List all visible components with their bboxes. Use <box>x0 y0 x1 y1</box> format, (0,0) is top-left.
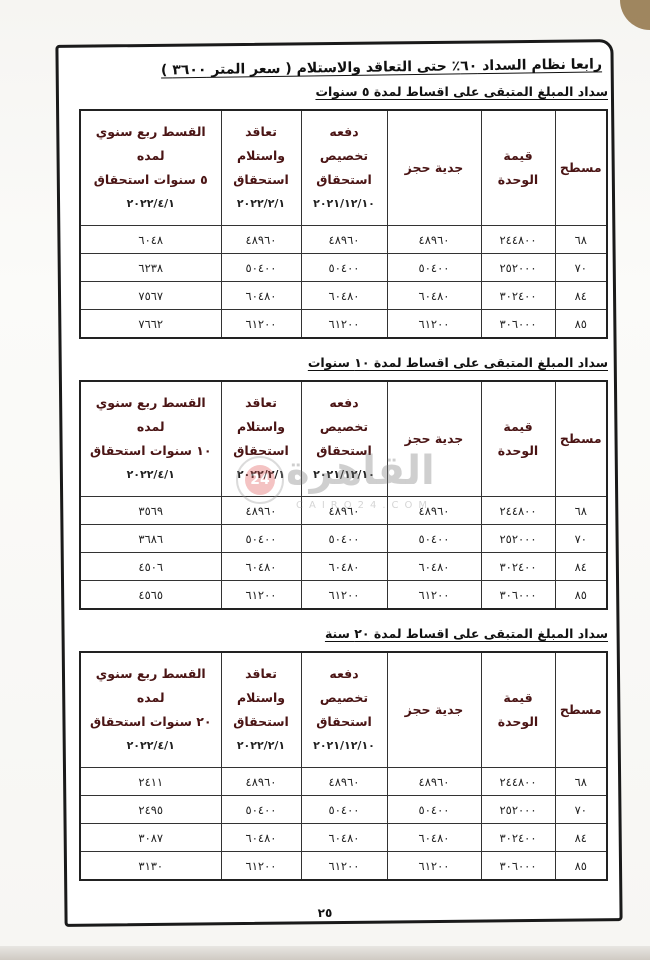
header-contract-label: تعاقد واستلام استحقاق <box>226 391 297 463</box>
cell-reservation: ٤٨٩٦٠ <box>387 226 481 254</box>
cell-unit-value: ٢٥٢٠٠٠ <box>481 525 555 553</box>
cell-area: ٨٥ <box>555 852 607 881</box>
cell-area: ٦٨ <box>555 768 607 796</box>
cell-allocation: ٤٨٩٦٠ <box>301 768 387 796</box>
page-corner-decoration <box>620 0 650 30</box>
section-title-5-years: سداد المبلغ المتبقى على اقساط لمدة ٥ سنو… <box>80 84 608 99</box>
cell-reservation: ٥٠٤٠٠ <box>387 525 481 553</box>
cell-unit-value: ٢٥٢٠٠٠ <box>481 796 555 824</box>
cell-installment: ٧٥٦٧ <box>80 282 221 310</box>
cell-reservation: ٦٠٤٨٠ <box>387 553 481 581</box>
cell-unit-value: ٢٥٢٠٠٠ <box>481 254 555 282</box>
cell-unit-value: ٢٤٤٨٠٠ <box>481 226 555 254</box>
header-installment: القسط ربع سنوي لمده٥ سنوات استحقاق٢٠٢٢/٤… <box>80 110 221 226</box>
header-contract-date: ٢٠٢٢/٢/١ <box>226 463 297 487</box>
cell-contract: ٥٠٤٠٠ <box>221 254 301 282</box>
header-installment-prefix: القسط ربع سنوي لمده <box>85 662 217 710</box>
header-area: مسطح <box>555 381 607 497</box>
cell-area: ٧٠ <box>555 254 607 282</box>
cell-installment: ٢٤٩٥ <box>80 796 221 824</box>
cell-allocation: ٦٠٤٨٠ <box>301 282 387 310</box>
cell-allocation: ٥٠٤٠٠ <box>301 254 387 282</box>
cell-contract: ٤٨٩٦٠ <box>221 497 301 525</box>
cell-contract: ٦١٢٠٠ <box>221 310 301 339</box>
cell-contract: ٤٨٩٦٠ <box>221 226 301 254</box>
header-unit-value: قيمة الوحدة <box>481 652 555 768</box>
cell-allocation: ٦١٢٠٠ <box>301 581 387 610</box>
page-bottom-edge <box>0 946 650 960</box>
cell-installment: ٣٠٨٧ <box>80 824 221 852</box>
table-header-row: مسطح قيمة الوحدة جدية حجز دفعه تخصيص است… <box>80 381 607 497</box>
cell-allocation: ٦٠٤٨٠ <box>301 553 387 581</box>
cell-area: ٨٤ <box>555 553 607 581</box>
cell-contract: ٦٠٤٨٠ <box>221 553 301 581</box>
cell-installment: ٣٦٨٦ <box>80 525 221 553</box>
cell-installment: ٦٠٤٨ <box>80 226 221 254</box>
cell-area: ٦٨ <box>555 226 607 254</box>
page-number: ٢٥ <box>0 906 650 920</box>
header-allocation: دفعه تخصيص استحقاق٢٠٢١/١٢/١٠ <box>301 381 387 497</box>
header-installment-period: ٥ سنوات استحقاق <box>85 168 217 192</box>
table-header-row: مسطح قيمة الوحدة جدية حجز دفعه تخصيص است… <box>80 652 607 768</box>
cell-allocation: ٦١٢٠٠ <box>301 852 387 881</box>
cell-allocation: ٤٨٩٦٠ <box>301 226 387 254</box>
cell-reservation: ٦٠٤٨٠ <box>387 282 481 310</box>
cell-installment: ٦٢٣٨ <box>80 254 221 282</box>
cell-installment: ٧٦٦٢ <box>80 310 221 339</box>
cell-unit-value: ٢٤٤٨٠٠ <box>481 497 555 525</box>
cell-reservation: ٥٠٤٠٠ <box>387 796 481 824</box>
cell-reservation: ٦١٢٠٠ <box>387 581 481 610</box>
header-allocation-label: دفعه تخصيص استحقاق <box>306 391 383 463</box>
cell-allocation: ٦٠٤٨٠ <box>301 824 387 852</box>
cell-unit-value: ٣٠٢٤٠٠ <box>481 553 555 581</box>
header-area: مسطح <box>555 110 607 226</box>
installment-table-20-years: مسطح قيمة الوحدة جدية حجز دفعه تخصيص است… <box>79 651 608 881</box>
cell-contract: ٤٨٩٦٠ <box>221 768 301 796</box>
table-row: ٨٤ ٣٠٢٤٠٠ ٦٠٤٨٠ ٦٠٤٨٠ ٦٠٤٨٠ ٣٠٨٧ <box>80 824 607 852</box>
cell-reservation: ٥٠٤٠٠ <box>387 254 481 282</box>
cell-contract: ٦٠٤٨٠ <box>221 824 301 852</box>
table-row: ٨٤ ٣٠٢٤٠٠ ٦٠٤٨٠ ٦٠٤٨٠ ٦٠٤٨٠ ٧٥٦٧ <box>80 282 607 310</box>
table-row: ٧٠ ٢٥٢٠٠٠ ٥٠٤٠٠ ٥٠٤٠٠ ٥٠٤٠٠ ٣٦٨٦ <box>80 525 607 553</box>
section-title-10-years: سداد المبلغ المتبقى على اقساط لمدة ١٠ سن… <box>80 355 608 370</box>
header-reservation: جدية حجز <box>387 652 481 768</box>
header-reservation: جدية حجز <box>387 381 481 497</box>
table-row: ٨٥ ٣٠٦٠٠٠ ٦١٢٠٠ ٦١٢٠٠ ٦١٢٠٠ ٣١٣٠ <box>80 852 607 881</box>
installment-table-10-years: مسطح قيمة الوحدة جدية حجز دفعه تخصيص است… <box>79 380 608 610</box>
header-installment-period: ٢٠ سنوات استحقاق <box>85 710 217 734</box>
header-installment-date: ٢٠٢٢/٤/١ <box>85 192 217 216</box>
table-row: ٧٠ ٢٥٢٠٠٠ ٥٠٤٠٠ ٥٠٤٠٠ ٥٠٤٠٠ ٢٤٩٥ <box>80 796 607 824</box>
cell-contract: ٥٠٤٠٠ <box>221 525 301 553</box>
header-contract-date: ٢٠٢٢/٢/١ <box>226 192 297 216</box>
cell-allocation: ٥٠٤٠٠ <box>301 796 387 824</box>
header-installment-prefix: القسط ربع سنوي لمده <box>85 120 217 168</box>
header-installment-period: ١٠ سنوات استحقاق <box>85 439 217 463</box>
table-row: ٨٥ ٣٠٦٠٠٠ ٦١٢٠٠ ٦١٢٠٠ ٦١٢٠٠ ٤٥٦٥ <box>80 581 607 610</box>
cell-installment: ٣٥٦٩ <box>80 497 221 525</box>
cell-reservation: ٦١٢٠٠ <box>387 852 481 881</box>
table-row: ٨٤ ٣٠٢٤٠٠ ٦٠٤٨٠ ٦٠٤٨٠ ٦٠٤٨٠ ٤٥٠٦ <box>80 553 607 581</box>
cell-area: ٨٤ <box>555 824 607 852</box>
header-contract: تعاقد واستلام استحقاق٢٠٢٢/٢/١ <box>221 110 301 226</box>
cell-contract: ٥٠٤٠٠ <box>221 796 301 824</box>
table-row: ٦٨ ٢٤٤٨٠٠ ٤٨٩٦٠ ٤٨٩٦٠ ٤٨٩٦٠ ٢٤١١ <box>80 768 607 796</box>
cell-allocation: ٤٨٩٦٠ <box>301 497 387 525</box>
table-row: ٦٨ ٢٤٤٨٠٠ ٤٨٩٦٠ ٤٨٩٦٠ ٤٨٩٦٠ ٣٥٦٩ <box>80 497 607 525</box>
cell-reservation: ٤٨٩٦٠ <box>387 497 481 525</box>
header-installment-date: ٢٠٢٢/٤/١ <box>85 463 217 487</box>
header-allocation-label: دفعه تخصيص استحقاق <box>306 662 383 734</box>
document-page: رابعا نظام السداد ٦٠٪ حتى التعاقد والاست… <box>0 0 650 960</box>
cell-reservation: ٦١٢٠٠ <box>387 310 481 339</box>
header-contract-label: تعاقد واستلام استحقاق <box>226 120 297 192</box>
cell-reservation: ٤٨٩٦٠ <box>387 768 481 796</box>
cell-installment: ٢٤١١ <box>80 768 221 796</box>
cell-area: ٨٥ <box>555 310 607 339</box>
header-installment: القسط ربع سنوي لمده١٠ سنوات استحقاق٢٠٢٢/… <box>80 381 221 497</box>
table-row: ٦٨ ٢٤٤٨٠٠ ٤٨٩٦٠ ٤٨٩٦٠ ٤٨٩٦٠ ٦٠٤٨ <box>80 226 607 254</box>
header-allocation-date: ٢٠٢١/١٢/١٠ <box>306 192 383 216</box>
header-contract-label: تعاقد واستلام استحقاق <box>226 662 297 734</box>
header-allocation-date: ٢٠٢١/١٢/١٠ <box>306 463 383 487</box>
header-unit-value: قيمة الوحدة <box>481 381 555 497</box>
cell-area: ٧٠ <box>555 525 607 553</box>
header-contract-date: ٢٠٢٢/٢/١ <box>226 734 297 758</box>
header-installment-date: ٢٠٢٢/٤/١ <box>85 734 217 758</box>
cell-allocation: ٥٠٤٠٠ <box>301 525 387 553</box>
cell-installment: ٤٥٦٥ <box>80 581 221 610</box>
cell-unit-value: ٣٠٦٠٠٠ <box>481 581 555 610</box>
cell-installment: ٣١٣٠ <box>80 852 221 881</box>
cell-unit-value: ٣٠٢٤٠٠ <box>481 824 555 852</box>
page-content: رابعا نظام السداد ٦٠٪ حتى التعاقد والاست… <box>80 60 608 897</box>
cell-allocation: ٦١٢٠٠ <box>301 310 387 339</box>
installment-table-5-years: مسطح قيمة الوحدة جدية حجز دفعه تخصيص است… <box>79 109 608 339</box>
cell-contract: ٦٠٤٨٠ <box>221 282 301 310</box>
header-installment-prefix: القسط ربع سنوي لمده <box>85 391 217 439</box>
header-contract: تعاقد واستلام استحقاق٢٠٢٢/٢/١ <box>221 381 301 497</box>
header-area: مسطح <box>555 652 607 768</box>
cell-installment: ٤٥٠٦ <box>80 553 221 581</box>
cell-unit-value: ٢٤٤٨٠٠ <box>481 768 555 796</box>
header-reservation: جدية حجز <box>387 110 481 226</box>
cell-unit-value: ٣٠٦٠٠٠ <box>481 852 555 881</box>
table-header-row: مسطح قيمة الوحدة جدية حجز دفعه تخصيص است… <box>80 110 607 226</box>
cell-unit-value: ٣٠٢٤٠٠ <box>481 282 555 310</box>
header-allocation: دفعه تخصيص استحقاق٢٠٢١/١٢/١٠ <box>301 110 387 226</box>
cell-contract: ٦١٢٠٠ <box>221 581 301 610</box>
cell-area: ٦٨ <box>555 497 607 525</box>
cell-unit-value: ٣٠٦٠٠٠ <box>481 310 555 339</box>
cell-area: ٨٥ <box>555 581 607 610</box>
table-row: ٧٠ ٢٥٢٠٠٠ ٥٠٤٠٠ ٥٠٤٠٠ ٥٠٤٠٠ ٦٢٣٨ <box>80 254 607 282</box>
header-allocation-date: ٢٠٢١/١٢/١٠ <box>306 734 383 758</box>
header-installment: القسط ربع سنوي لمده٢٠ سنوات استحقاق٢٠٢٢/… <box>80 652 221 768</box>
header-unit-value: قيمة الوحدة <box>481 110 555 226</box>
cell-area: ٧٠ <box>555 796 607 824</box>
header-allocation-label: دفعه تخصيص استحقاق <box>306 120 383 192</box>
section-title-20-years: سداد المبلغ المتبقى على اقساط لمدة ٢٠ سن… <box>80 626 608 641</box>
header-allocation: دفعه تخصيص استحقاق٢٠٢١/١٢/١٠ <box>301 652 387 768</box>
table-row: ٨٥ ٣٠٦٠٠٠ ٦١٢٠٠ ٦١٢٠٠ ٦١٢٠٠ ٧٦٦٢ <box>80 310 607 339</box>
cell-area: ٨٤ <box>555 282 607 310</box>
cell-contract: ٦١٢٠٠ <box>221 852 301 881</box>
cell-reservation: ٦٠٤٨٠ <box>387 824 481 852</box>
header-contract: تعاقد واستلام استحقاق٢٠٢٢/٢/١ <box>221 652 301 768</box>
main-title: رابعا نظام السداد ٦٠٪ حتى التعاقد والاست… <box>80 56 608 79</box>
